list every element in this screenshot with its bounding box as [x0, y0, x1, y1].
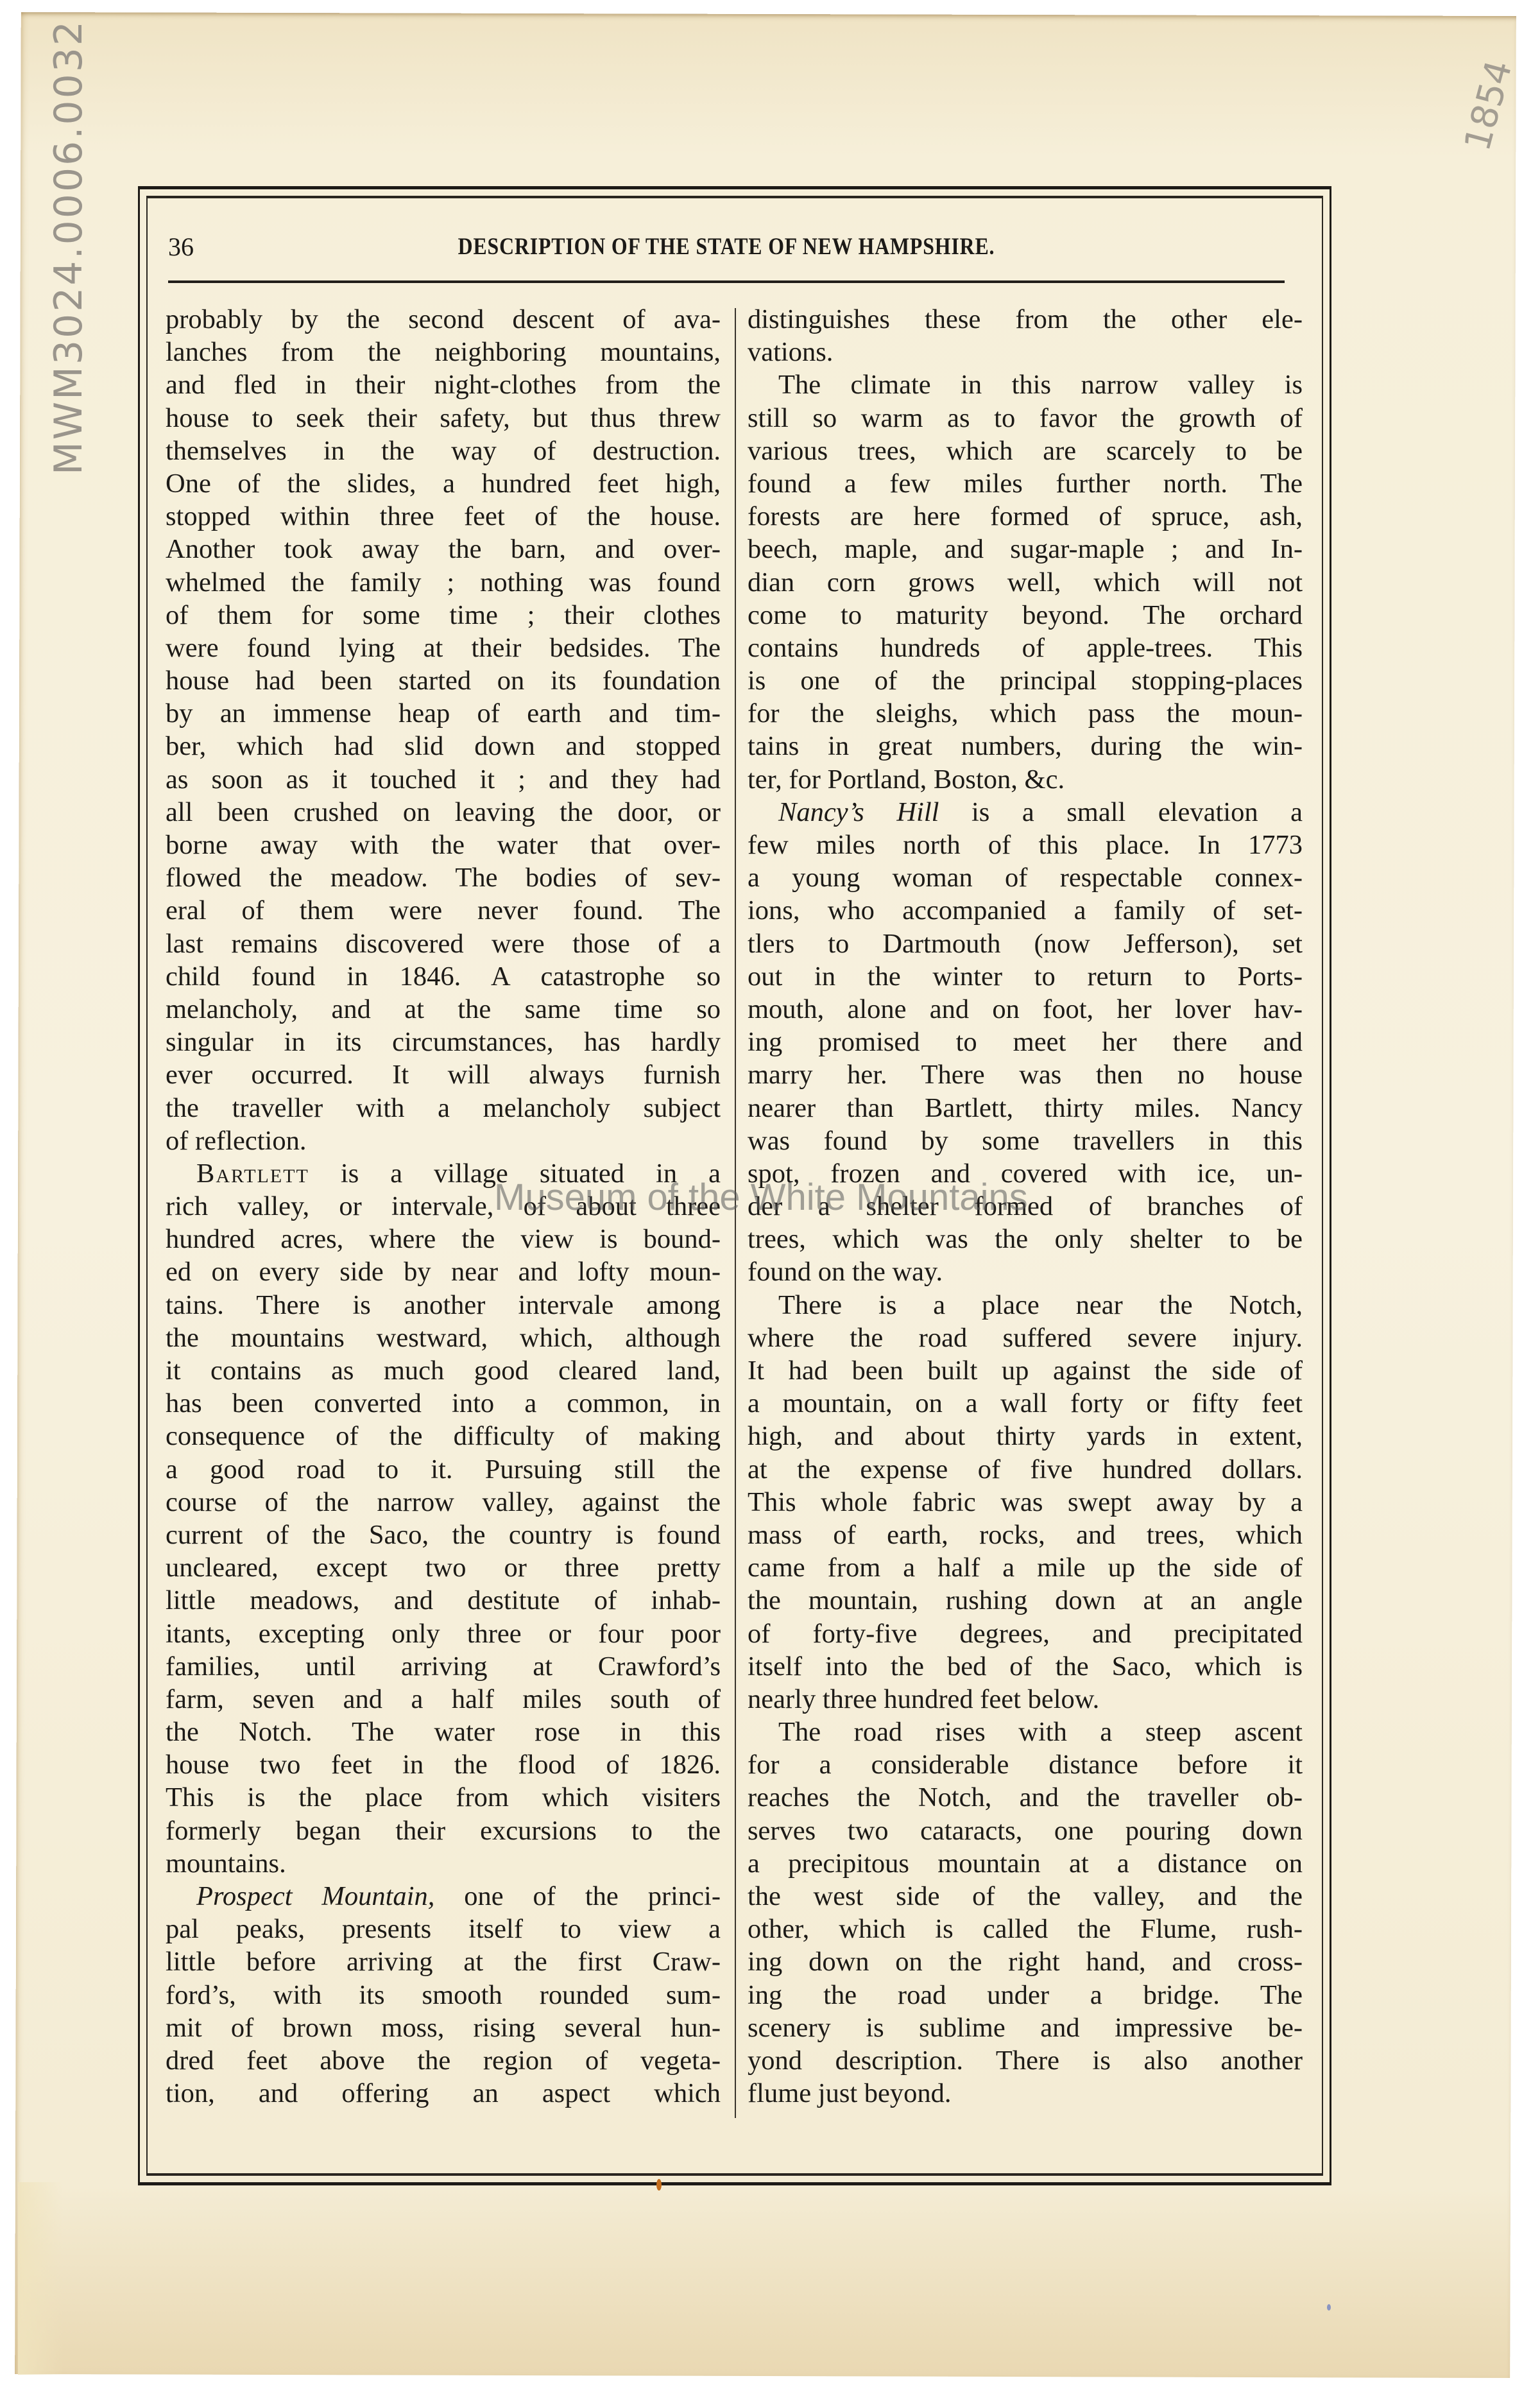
- paper-speck: [1327, 2304, 1331, 2311]
- text-line: Prospect Mountain, one of the princi-: [166, 1880, 721, 1913]
- text-line: ions, who accompanied a family of set-: [748, 894, 1303, 927]
- text-line: uncleared, except two or three pretty: [166, 1551, 721, 1584]
- text-line: consequence of the difficulty of making: [166, 1420, 721, 1452]
- text-line: a mountain, on a wall forty or fifty fee…: [748, 1387, 1303, 1420]
- text-line: beech, maple, and sugar-maple ; and In-: [748, 533, 1303, 565]
- header-rule: [168, 280, 1285, 283]
- text-line: forests are here formed of spruce, ash,: [748, 500, 1303, 533]
- place-name-italic: Nancy’s Hill: [778, 797, 939, 827]
- pencil-accession-number: MWM3024.0006.0032: [40, 193, 91, 475]
- text-line: themselves in the way of destruction.: [166, 435, 721, 467]
- text-line: the mountain, rushing down at an angle: [748, 1584, 1303, 1617]
- text-line: flowed the meadow. The bodies of sev-: [166, 861, 721, 894]
- text-line: house two feet in the flood of 1826.: [166, 1748, 721, 1781]
- text-line: where the road suffered severe injury.: [748, 1322, 1303, 1354]
- text-line: The road rises with a steep ascent: [748, 1716, 1303, 1748]
- text-line: little meadows, and destitute of inhab-: [166, 1584, 721, 1617]
- text-line: has been converted into a common, in: [166, 1387, 721, 1420]
- text-line: borne away with the water that over-: [166, 829, 721, 861]
- text-line: for a considerable distance before it: [748, 1748, 1303, 1781]
- text-line: is one of the principal stopping-places: [748, 664, 1303, 697]
- text-line: mountains.: [166, 1847, 721, 1880]
- text-line: tains in great numbers, during the win-: [748, 730, 1303, 762]
- text-line: probably by the second descent of ava-: [166, 303, 721, 336]
- running-head: DESCRIPTION OF THE STATE OF NEW HAMPSHIR…: [246, 228, 1206, 266]
- text-line: as soon as it touched it ; and they had: [166, 763, 721, 796]
- text-line: lanches from the neighboring mountains,: [166, 336, 721, 368]
- page-number: 36: [168, 228, 194, 266]
- text-line: last remains discovered were those of a: [166, 927, 721, 960]
- text-line: still so warm as to favor the growth of: [748, 402, 1303, 435]
- text-line: was found by some travellers in this: [748, 1124, 1303, 1157]
- text-line: farm, seven and a half miles south of: [166, 1683, 721, 1716]
- ink-stain: [656, 2179, 662, 2191]
- text-line: the mountains westward, which, although: [166, 1322, 721, 1354]
- watermark: Museum of the White Mountains: [494, 1176, 1028, 1219]
- text-line: house had been started on its foundation: [166, 664, 721, 697]
- text-line: course of the narrow valley, against the: [166, 1486, 721, 1519]
- text-line: came from a half a mile up the side of: [748, 1551, 1303, 1584]
- text-line: come to maturity beyond. The orchard: [748, 599, 1303, 632]
- text-line: found on the way.: [748, 1255, 1303, 1288]
- text-line: mit of brown moss, rising several hun-: [166, 2011, 721, 2044]
- text-line: various trees, which are scarcely to be: [748, 435, 1303, 467]
- text-line: by an immense heap of earth and tim-: [166, 697, 721, 730]
- text-line: singular in its circumstances, has hardl…: [166, 1026, 721, 1058]
- text-line: tlers to Dartmouth (now Jefferson), set: [748, 927, 1303, 960]
- text-line: serves two cataracts, one pouring down: [748, 1814, 1303, 1847]
- text-line: itants, excepting only three or four poo…: [166, 1617, 721, 1650]
- text-line: yond description. There is also another: [748, 2044, 1303, 2077]
- text-line: vations.: [748, 336, 1303, 368]
- text-line: ever occurred. It will always furnish: [166, 1058, 721, 1091]
- text-line: found a few miles further north. The: [748, 467, 1303, 500]
- text-line: tains. There is another intervale among: [166, 1289, 721, 1322]
- text-line: ter, for Portland, Boston, &c.: [748, 763, 1303, 796]
- text-line: trees, which was the only shelter to be: [748, 1223, 1303, 1255]
- text-line: ber, which had slid down and stopped: [166, 730, 721, 762]
- text-line: flume just beyond.: [748, 2077, 1303, 2110]
- text-line: eral of them were never found. The: [166, 894, 721, 927]
- text-line: One of the slides, a hundred feet high,: [166, 467, 721, 500]
- text-line: families, until arriving at Crawford’s: [166, 1650, 721, 1683]
- text-line: stopped within three feet of the house.: [166, 500, 721, 533]
- text-line: dred feet above the region of vegeta-: [166, 2044, 721, 2077]
- text-line: ing promised to meet her there and: [748, 1026, 1303, 1058]
- place-name-smallcaps: Bartlett: [196, 1158, 309, 1189]
- text-line: other, which is called the Flume, rush-: [748, 1913, 1303, 1945]
- text-line: melancholy, and at the same time so: [166, 993, 721, 1026]
- text-line: nearly three hundred feet below.: [748, 1683, 1303, 1716]
- text-line: current of the Saco, the country is foun…: [166, 1519, 721, 1551]
- text-line: mass of earth, rocks, and trees, which: [748, 1519, 1303, 1551]
- text-line: marry her. There was then no house: [748, 1058, 1303, 1091]
- text-line: ing down on the right hand, and cross-: [748, 1945, 1303, 1978]
- text-line: a precipitous mountain at a distance on: [748, 1847, 1303, 1880]
- text-line: a good road to it. Pursuing still the: [166, 1453, 721, 1486]
- text-line: ing the road under a bridge. The: [748, 1979, 1303, 2011]
- text-line: The climate in this narrow valley is: [748, 368, 1303, 401]
- text-line: ed on every side by near and lofty moun-: [166, 1255, 721, 1288]
- text-line: a young woman of respectable connex-: [748, 861, 1303, 894]
- place-name-italic: Prospect Mountain,: [196, 1881, 434, 1911]
- text-line: little before arriving at the first Craw…: [166, 1945, 721, 1978]
- text-line: nearer than Bartlett, thirty miles. Nanc…: [748, 1092, 1303, 1124]
- text-line: This whole fabric was swept away by a: [748, 1486, 1303, 1519]
- page-header: 36 DESCRIPTION OF THE STATE OF NEW HAMPS…: [168, 228, 1285, 266]
- text-line: There is a place near the Notch,: [748, 1289, 1303, 1322]
- text-line: the traveller with a melancholy subject: [166, 1092, 721, 1124]
- text-line: house to seek their safety, but thus thr…: [166, 402, 721, 435]
- text-line: few miles north of this place. In 1773: [748, 829, 1303, 861]
- text-line: at the expense of five hundred dollars.: [748, 1453, 1303, 1486]
- paper-fold-shadow: [18, 2182, 63, 2375]
- text-line: the Notch. The water rose in this: [166, 1716, 721, 1748]
- text-line: all been crushed on leaving the door, or: [166, 796, 721, 829]
- text-line: Another took away the barn, and over-: [166, 533, 721, 565]
- text-line: for the sleighs, which pass the moun-: [748, 697, 1303, 730]
- text-line: were found lying at their bedsides. The: [166, 632, 721, 664]
- text-line: dian corn grows well, which will not: [748, 566, 1303, 599]
- text-line: It had been built up against the side of: [748, 1354, 1303, 1387]
- text-line: ford’s, with its smooth rounded sum-: [166, 1979, 721, 2011]
- text-line: and fled in their night-clothes from the: [166, 368, 721, 401]
- text-line: whelmed the family ; nothing was found: [166, 566, 721, 599]
- text-line: out in the winter to return to Ports-: [748, 960, 1303, 993]
- text-line: formerly began their excursions to the: [166, 1814, 721, 1847]
- text-line: of reflection.: [166, 1124, 721, 1157]
- text-line: itself into the bed of the Saco, which i…: [748, 1650, 1303, 1683]
- text-line: This is the place from which visiters: [166, 1781, 721, 1814]
- text-line: high, and about thirty yards in extent,: [748, 1420, 1303, 1452]
- text-line: distinguishes these from the other ele-: [748, 303, 1303, 336]
- text-line: pal peaks, presents itself to view a: [166, 1913, 721, 1945]
- text-line: it contains as much good cleared land,: [166, 1354, 721, 1387]
- text-line: reaches the Notch, and the traveller ob-: [748, 1781, 1303, 1814]
- text-line: mouth, alone and on foot, her lover hav-: [748, 993, 1303, 1026]
- text-line: Nancy’s Hill is a small elevation a: [748, 796, 1303, 829]
- text-line: hundred acres, where the view is bound-: [166, 1223, 721, 1255]
- text-line: of them for some time ; their clothes: [166, 599, 721, 632]
- text-line: contains hundreds of apple-trees. This: [748, 632, 1303, 664]
- text-line: of forty-five degrees, and precipitated: [748, 1617, 1303, 1650]
- text-line: scenery is sublime and impressive be-: [748, 2011, 1303, 2044]
- text-line: child found in 1846. A catastrophe so: [166, 960, 721, 993]
- text-line: the west side of the valley, and the: [748, 1880, 1303, 1913]
- text-line: tion, and offering an aspect which: [166, 2077, 721, 2110]
